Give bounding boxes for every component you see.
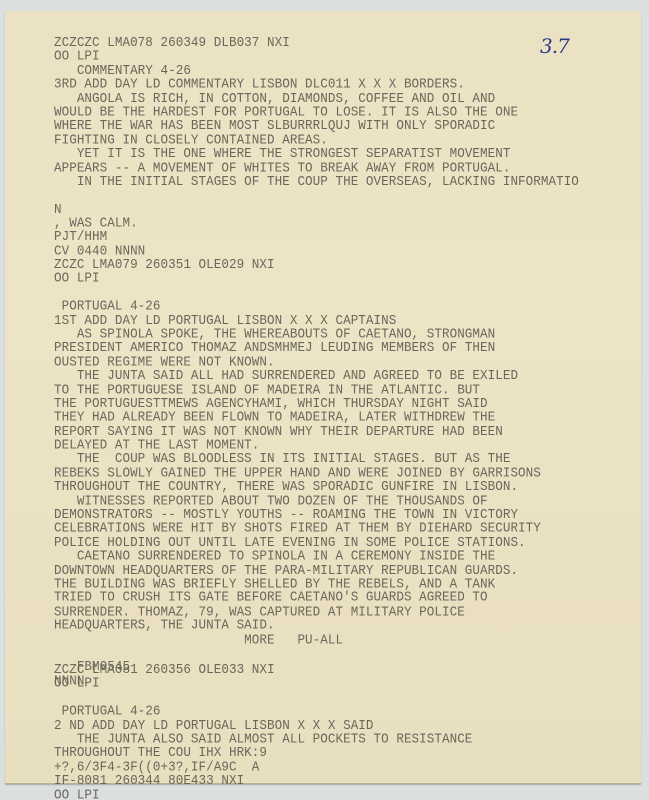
message-line: IF-8081 260344 80E433 NXI (54, 774, 472, 788)
message-line: 1ST ADD DAY LD PORTUGAL LISBON X X X CAP… (54, 314, 541, 328)
wire-message-portugal-2nd-add: ZCZC LMA081 260356 OLE033 NXIOO LPI PORT… (54, 663, 472, 800)
message-line: THROUGHOUT THE COU IHX HRK:9 (54, 746, 472, 760)
message-line: THEY HAD ALREADY BEEN FLOWN TO MADEIRA, … (54, 411, 541, 425)
message-line: PJT/HHM (54, 230, 579, 244)
message-line: 2 ND ADD DAY LD PORTUGAL LISBON X X X SA… (54, 719, 472, 733)
message-line: PORTUGAL 4-26 (54, 705, 472, 719)
message-line: APPEARS -- A MOVEMENT OF WHITES TO BREAK… (54, 161, 579, 175)
message-line: TRIED TO CRUSH ITS GATE BEFORE CAETANO'S… (54, 591, 541, 605)
message-line: HEADQUARTERS, THE JUNTA SAID. (54, 619, 541, 633)
message-line: PRESIDENT AMERICO THOMAZ ANDSMHMEJ LEUDI… (54, 341, 541, 355)
message-line: YET IT IS THE ONE WHERE THE STRONGEST SE… (54, 147, 579, 161)
message-line: ANGOLA IS RICH, IN COTTON, DIAMONDS, COF… (54, 92, 579, 106)
message-line: THROUGHOUT THE COUNTRY, THERE WAS SPORAD… (54, 480, 541, 494)
message-line: 3RD ADD DAY LD COMMENTARY LISBON DLC011 … (54, 78, 579, 92)
wire-message-portugal-1st-add: ZCZC LMA079 260351 OLE029 NXIOO LPI PORT… (54, 258, 541, 688)
message-line: THE COUP WAS BLOODLESS IN ITS INITIAL ST… (54, 452, 541, 466)
message-line: THE JUNTA SAID ALL HAD SURRENDERED AND A… (54, 369, 541, 383)
message-line: WHERE THE WAR HAS BEEN MOST SLBURRRLQUJ … (54, 119, 579, 133)
message-line: MORE PU-ALL (54, 633, 541, 647)
message-line: , WAS CALM. (54, 216, 579, 230)
message-line: ZCZCZC LMA078 260349 DLB037 NXI (54, 36, 579, 50)
message-line: CELEBRATIONS WERE HIT BY SHOTS FIRED AT … (54, 522, 541, 536)
message-line (54, 189, 579, 203)
message-line: PORTUGAL 4-26 (54, 300, 541, 314)
wire-message-commentary: ZCZCZC LMA078 260349 DLB037 NXIOO LPI CO… (54, 36, 579, 258)
message-line: OO LPI (54, 677, 472, 691)
message-line: ZCZC LMA081 260356 OLE033 NXI (54, 663, 472, 677)
message-line: IN THE INITIAL STAGES OF THE COUP THE OV… (54, 175, 579, 189)
message-line: OO LPI (54, 272, 541, 286)
message-line: TO THE PORTUGUESE ISLAND OF MADEIRA IN T… (54, 383, 541, 397)
message-line: ZCZC LMA079 260351 OLE029 NXI (54, 258, 541, 272)
message-line: CAETANO SURRENDERED TO SPINOLA IN A CERE… (54, 549, 541, 563)
message-line: OO LPI (54, 788, 472, 800)
message-line: OO LPI (54, 50, 579, 64)
